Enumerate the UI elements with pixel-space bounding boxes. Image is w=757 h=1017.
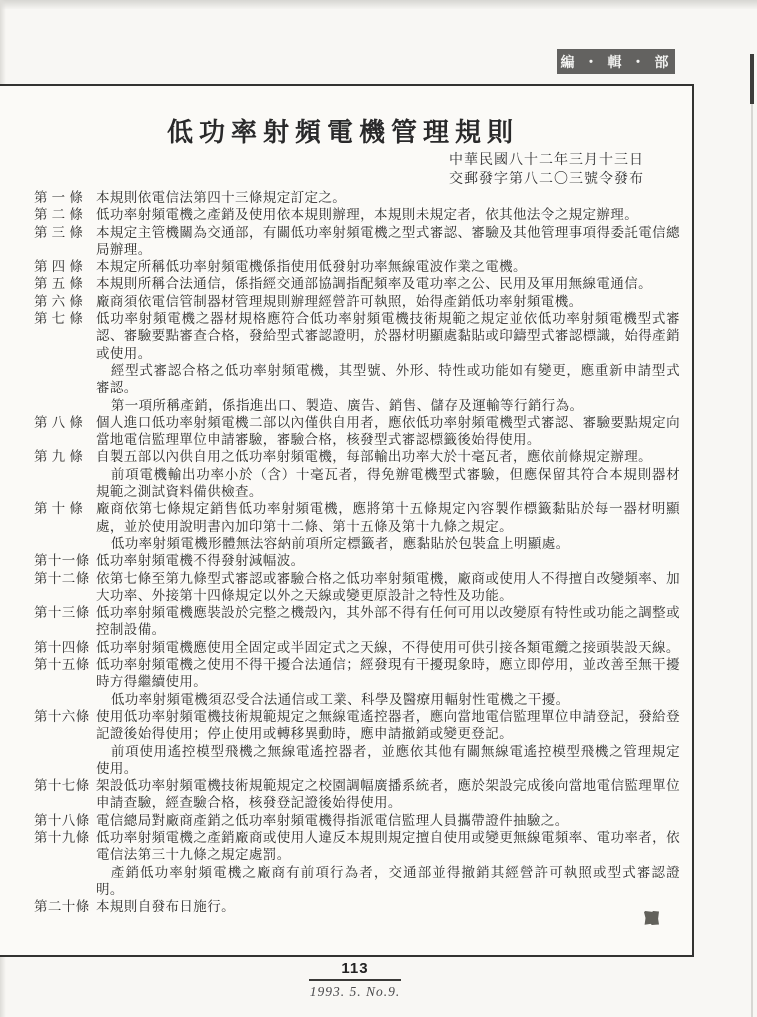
article-number: 第十三條 (34, 604, 90, 621)
article-paragraph: 電信總局對廠商產銷之低功率射頻電機得指派電信監理人員攜帶證件抽驗之。 (96, 812, 680, 829)
article-number: 第十九條 (34, 829, 90, 846)
article-paragraph: 低功率射頻電機之產銷及使用依本規則辦理，本規則未規定者，依其他法令之規定辦理。 (96, 206, 680, 223)
article-row: 第十五條低功率射頻電機之使用不得干擾合法通信；經發現有干擾現象時，應立即停用，並… (0, 656, 692, 708)
article-paragraph: 使用低功率射頻電機技術規範規定之無線電遙控器者，應向當地電信監理單位申請登記，發… (96, 708, 680, 743)
article-number: 第十五條 (34, 656, 90, 673)
article-end-stamp-icon (644, 911, 659, 925)
article-paragraph: 本規則自發布日施行。 (96, 898, 680, 915)
article-number: 第十六條 (34, 708, 90, 725)
article-paragraph: 依第七條至第九條型式審認或審驗合格之低功率射頻電機，廠商或使用人不得擅自改變頻率… (96, 570, 680, 605)
article-number: 第 十 條 (34, 500, 83, 517)
article-row: 第 四 條本規定所稱低功率射頻電機係指使用低發射功率無線電波作業之電機。 (0, 258, 692, 275)
article-paragraph: 前項電機輸出功率小於（含）十毫瓦者，得免辦電機型式審驗，但應保留其符合本規則器材… (96, 466, 680, 501)
page-footer: 113 1993. 5. No.9. (0, 960, 710, 1000)
article-paragraph: 廠商依第七條規定銷售低功率射頻電機，應將第十五條規定內容製作標籤黏貼於每一器材明… (96, 500, 680, 535)
scan-edge-right (751, 100, 753, 1017)
article-number: 第 九 條 (34, 448, 83, 465)
regulation-content-box: 低功率射頻電機管理規則 中華民國八十二年三月十三日 交郵發字第八二〇三號令發布 … (0, 84, 694, 957)
article-paragraph: 經型式審認合格之低功率射頻電機，其型號、外形、特性或功能如有變更，應重新申請型式… (96, 362, 680, 397)
article-paragraph: 低功率射頻電機應使用全固定或半固定式之天線，不得使用可供引接各類電纜之接頭裝設天… (96, 639, 680, 656)
article-number: 第 七 條 (34, 310, 83, 327)
article-number: 第 五 條 (34, 275, 83, 292)
article-number: 第十二條 (34, 570, 90, 587)
promulgation-block: 中華民國八十二年三月十三日 交郵發字第八二〇三號令發布 (0, 151, 692, 189)
article-number: 第十四條 (34, 639, 90, 656)
article-paragraph: 前項使用遙控模型飛機之無線電遙控器者，並應依其他有關無線電遙控模型飛機之管理規定… (96, 743, 680, 778)
scanned-document-page: 編 ・ 輯 ・ 部 低功率射頻電機管理規則 中華民國八十二年三月十三日 交郵發字… (0, 0, 757, 1017)
page-number: 113 (0, 960, 710, 977)
article-row: 第 十 條廠商依第七條規定銷售低功率射頻電機，應將第十五條規定內容製作標籤黏貼於… (0, 500, 692, 552)
article-row: 第 一 條本規則依電信法第四十三條規定訂定之。 (0, 189, 692, 206)
article-row: 第十六條使用低功率射頻電機技術規範規定之無線電遙控器者，應向當地電信監理單位申請… (0, 708, 692, 777)
article-number: 第 三 條 (34, 224, 83, 241)
article-paragraph: 廠商須依電信管制器材管理規則辦理經營許可執照，始得產銷低功率射頻電機。 (96, 293, 680, 310)
article-paragraph: 低功率射頻電機之使用不得干擾合法通信；經發現有干擾現象時，應立即停用，並改善至無… (96, 656, 680, 691)
article-paragraph: 本規定所稱低功率射頻電機係指使用低發射功率無線電波作業之電機。 (96, 258, 680, 275)
article-row: 第 六 條廠商須依電信管制器材管理規則辦理經營許可執照，始得產銷低功率射頻電機。 (0, 293, 692, 310)
article-number: 第 六 條 (34, 293, 83, 310)
article-row: 第 二 條低功率射頻電機之產銷及使用依本規則辦理，本規則未規定者，依其他法令之規… (0, 206, 692, 223)
scan-edge-right-dark (750, 54, 754, 104)
article-number: 第十一條 (34, 552, 90, 569)
article-paragraph: 架設低功率射頻電機技術規範規定之校園調幅廣播系統者，應於架設完成後向當地電信監理… (96, 777, 680, 812)
article-row: 第十八條電信總局對廠商產銷之低功率射頻電機得指派電信監理人員攜帶證件抽驗之。 (0, 812, 692, 829)
article-paragraph: 低功率射頻電機形體無法容納前項所定標籤者，應黏貼於包裝盒上明顯處。 (96, 535, 680, 552)
editorial-department-badge: 編 ・ 輯 ・ 部 (557, 49, 675, 74)
article-paragraph: 個人進口低功率射頻電機二部以內僅供自用者，應依低功率射頻電機型式審認、審驗要點規… (96, 414, 680, 449)
article-row: 第十一條低功率射頻電機不得發射減幅波。 (0, 552, 692, 569)
article-paragraph: 第一項所稱產銷，係指進出口、製造、廣告、銷售、儲存及運輸等行銷行為。 (96, 397, 680, 414)
articles-list: 第 一 條本規則依電信法第四十三條規定訂定之。第 二 條低功率射頻電機之產銷及使… (0, 189, 692, 915)
page-title: 低功率射頻電機管理規則 (0, 112, 692, 149)
article-row: 第十三條低功率射頻電機應裝設於完整之機殼內，其外部不得有任何可用以改變原有特性或… (0, 604, 692, 639)
issue-label: 1993. 5. No.9. (0, 984, 710, 1000)
article-paragraph: 低功率射頻電機應裝設於完整之機殼內，其外部不得有任何可用以改變原有特性或功能之調… (96, 604, 680, 639)
article-row: 第 七 條低功率射頻電機之器材規格應符合低功率射頻電機技術規範之規定並依低功率射… (0, 310, 692, 414)
article-row: 第十七條架設低功率射頻電機技術規範規定之校園調幅廣播系統者，應於架設完成後向當地… (0, 777, 692, 812)
article-row: 第 九 條自製五部以內供自用之低功率射頻電機，每部輸出功率大於十毫瓦者，應依前條… (0, 448, 692, 500)
scan-edge-top (0, 0, 757, 9)
article-paragraph: 本規則依電信法第四十三條規定訂定之。 (96, 189, 680, 206)
article-paragraph: 本規定主管機關為交通部，有關低功率射頻電機之型式審認、審驗及其他管理事項得委託電… (96, 224, 680, 259)
article-row: 第 八 條個人進口低功率射頻電機二部以內僅供自用者，應依低功率射頻電機型式審認、… (0, 414, 692, 449)
article-number: 第十七條 (34, 777, 90, 794)
article-row: 第十二條依第七條至第九條型式審認或審驗合格之低功率射頻電機，廠商或使用人不得擅自… (0, 570, 692, 605)
article-paragraph: 本規則所稱合法通信，係指經交通部協調指配頻率及電功率之公、民用及軍用無線電通信。 (96, 275, 680, 292)
promulgation-order-number: 交郵發字第八二〇三號令發布 (0, 170, 644, 189)
article-row: 第 三 條本規定主管機關為交通部，有關低功率射頻電機之型式審認、審驗及其他管理事… (0, 224, 692, 259)
article-row: 第十四條低功率射頻電機應使用全固定或半固定式之天線，不得使用可供引接各類電纜之接… (0, 639, 692, 656)
article-paragraph: 產銷低功率射頻電機之廠商有前項行為者，交通部並得撤銷其經營許可執照或型式審認證明… (96, 864, 680, 899)
article-number: 第十八條 (34, 812, 90, 829)
article-paragraph: 自製五部以內供自用之低功率射頻電機，每部輸出功率大於十毫瓦者，應依前條規定辦理。 (96, 448, 680, 465)
editorial-department-label: 編 ・ 輯 ・ 部 (561, 52, 672, 72)
article-row: 第二十條本規則自發布日施行。 (0, 898, 692, 915)
footer-divider (309, 979, 401, 981)
article-paragraph: 低功率射頻電機之器材規格應符合低功率射頻電機技術規範之規定並依低功率射頻電機型式… (96, 310, 680, 362)
article-number: 第 二 條 (34, 206, 83, 223)
article-row: 第 五 條本規則所稱合法通信，係指經交通部協調指配頻率及電功率之公、民用及軍用無… (0, 275, 692, 292)
article-row: 第十九條低功率射頻電機之產銷廠商或使用人違反本規則規定擅自使用或變更無線電頻率、… (0, 829, 692, 898)
promulgation-date: 中華民國八十二年三月十三日 (0, 151, 644, 170)
article-number: 第二十條 (34, 898, 90, 915)
article-number: 第 一 條 (34, 189, 83, 206)
article-paragraph: 低功率射頻電機不得發射減幅波。 (96, 552, 680, 569)
article-paragraph: 低功率射頻電機須忍受合法通信或工業、科學及醫療用輻射性電機之干擾。 (96, 691, 680, 708)
article-number: 第 四 條 (34, 258, 83, 275)
article-paragraph: 低功率射頻電機之產銷廠商或使用人違反本規則規定擅自使用或變更無線電頻率、電功率者… (96, 829, 680, 864)
article-number: 第 八 條 (34, 414, 83, 431)
